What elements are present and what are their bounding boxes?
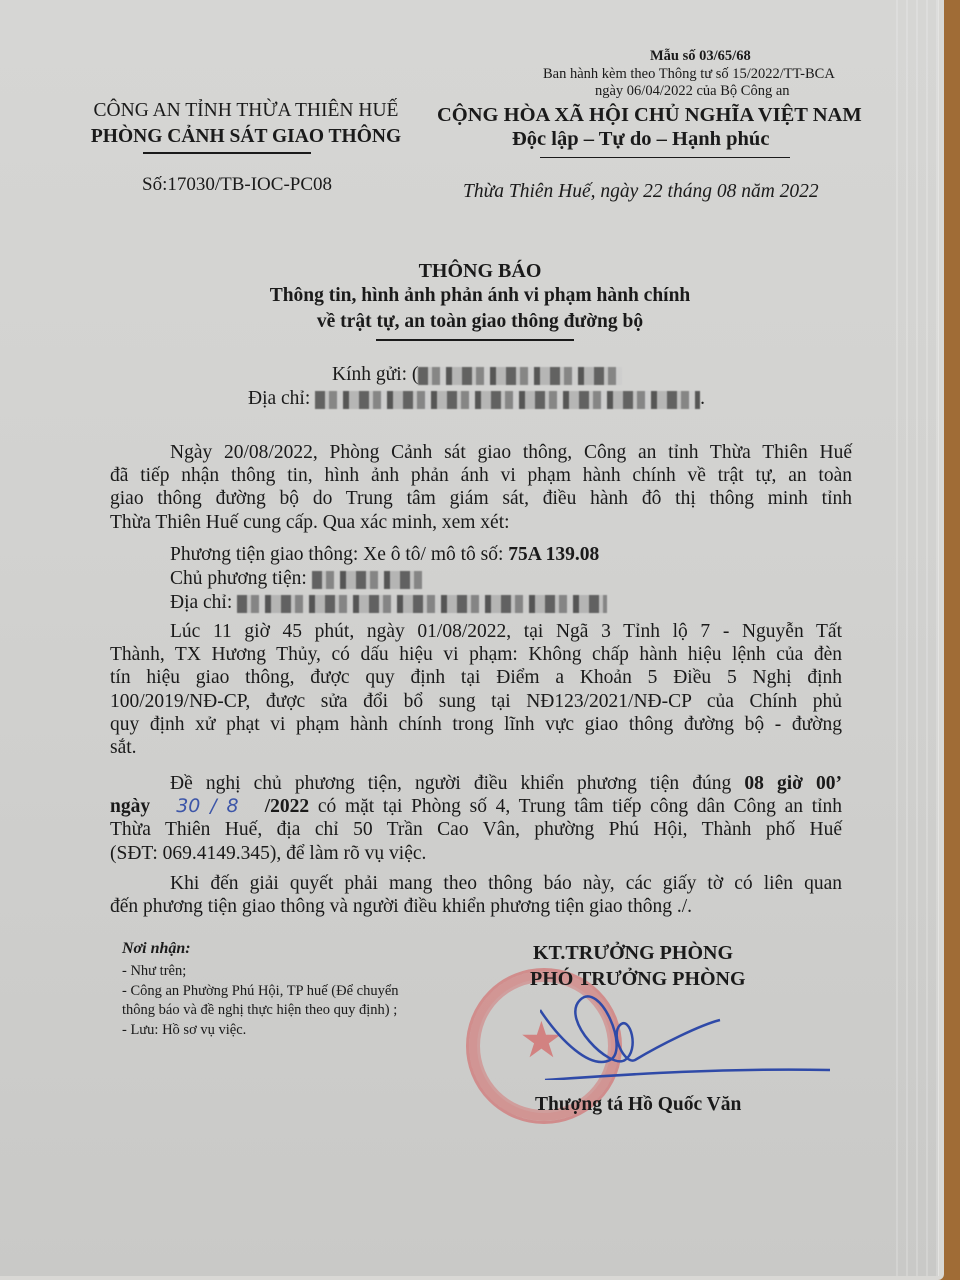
recipient-label: Kính gửi: ( <box>332 364 418 385</box>
department-underline <box>143 152 311 154</box>
day-label: ngày <box>110 796 150 817</box>
paragraph-summons: Đề nghị chủ phương tiện, người điều khiể… <box>110 772 842 865</box>
owner-address-label: Địa chỉ: <box>170 592 237 613</box>
document-subtitle-2: về trật tự, an toàn giao thông đường bộ <box>200 311 760 333</box>
recipient-item: - Lưu: Hồ sơ vụ việc. <box>122 1021 399 1041</box>
para3-line: Đề nghị chủ phương tiện, người điều khiể… <box>110 772 842 795</box>
signer-title-2: PHÓ TRƯỞNG PHÒNG <box>530 968 746 991</box>
appointment-time: 08 giờ 00’ <box>744 773 842 794</box>
para2-line: Thành, TX Hương Thủy, có dấu hiệu vi phạ… <box>110 643 842 666</box>
national-motto: Độc lập – Tự do – Hạnh phúc <box>512 128 769 151</box>
para3-line: Thừa Thiên Huế, địa chỉ 50 Trần Cao Vân,… <box>110 818 842 841</box>
paragraph-received: Ngày 20/08/2022, Phòng Cảnh sát giao thô… <box>110 441 852 534</box>
recipient-item: - Công an Phường Phú Hội, TP huế (Để chu… <box>122 982 399 1002</box>
vehicle-label: Phương tiện giao thông: Xe ô tô/ mô tô s… <box>170 544 508 565</box>
para1-line: Ngày 20/08/2022, Phòng Cảnh sát giao thô… <box>110 441 852 464</box>
place-and-date: Thừa Thiên Huế, ngày 22 tháng 08 năm 202… <box>463 181 819 203</box>
vehicle-line: Phương tiện giao thông: Xe ô tô/ mô tô s… <box>170 543 599 566</box>
owner-label: Chủ phương tiện: <box>170 568 312 589</box>
document-subtitle-1: Thông tin, hình ảnh phản ánh vi phạm hàn… <box>200 285 760 307</box>
department-name: PHÒNG CẢNH SÁT GIAO THÔNG <box>60 126 432 148</box>
document-number: Số:17030/TB-IOC-PC08 <box>142 174 332 196</box>
para2-line: quy định xử phạt vi phạm hành chính tron… <box>110 713 842 736</box>
recipient-item: - Như trên; <box>122 962 399 982</box>
signer-title-1: KT.TRƯỞNG PHÒNG <box>533 942 733 965</box>
redacted-recipient-address <box>315 391 700 409</box>
signer-name: Thượng tá Hồ Quốc Văn <box>535 1094 741 1116</box>
recipient-item: thông báo và đề nghị thực hiện theo quy … <box>122 1001 399 1021</box>
paragraph-instructions: Khi đến giải quyết phải mang theo thông … <box>110 872 842 918</box>
para2-line: tín hiệu giao thông, được quy định tại Đ… <box>110 666 842 689</box>
para2-line: 100/2019/NĐ-CP, được sửa đổi bổ sung tại… <box>110 690 842 713</box>
para1-line: đã tiếp nhận thông tin, hình ảnh phản án… <box>110 464 852 487</box>
agency-name: CÔNG AN TỈNH THỪA THIÊN HUẾ <box>60 100 432 122</box>
signature-scribble <box>540 980 840 1080</box>
document-title: THÔNG BÁO <box>200 260 760 283</box>
motto-underline <box>540 157 790 158</box>
issued-by-line1: Ban hành kèm theo Thông tư số 15/2022/TT… <box>543 66 835 83</box>
para1-line: giao thông đường bộ do Trung tâm giám sá… <box>110 487 852 510</box>
appointment-year: /2022 <box>265 796 309 817</box>
para3-line: (SĐT: 069.4149.345), để làm rõ vụ việc. <box>110 842 842 865</box>
owner-address-line: Địa chỉ: <box>170 591 607 614</box>
para3-line: ngày 30 / 8 /2022 có mặt tại Phòng số 4,… <box>110 795 842 818</box>
recipients-title: Nơi nhận: <box>122 940 191 958</box>
para2-line: Lúc 11 giờ 45 phút, ngày 01/08/2022, tại… <box>110 620 842 643</box>
paragraph-violation: Lúc 11 giờ 45 phút, ngày 01/08/2022, tại… <box>110 620 842 759</box>
recipient-line: Kính gửi: ( <box>332 364 622 386</box>
para3-text: Đề nghị chủ phương tiện, người điều khiể… <box>170 773 744 794</box>
para4-line: Khi đến giải quyết phải mang theo thông … <box>110 872 842 895</box>
recipient-address-line: Địa chỉ: . <box>248 388 705 410</box>
license-plate: 75A 139.08 <box>508 544 599 565</box>
redacted-owner-name <box>312 571 422 589</box>
para4-line: đến phương tiện giao thông và người điều… <box>110 895 842 918</box>
redacted-owner-address <box>237 595 607 613</box>
recipients-list: - Như trên; - Công an Phường Phú Hội, TP… <box>122 962 399 1040</box>
handwritten-date: 30 / 8 <box>176 795 238 817</box>
redacted-recipient <box>418 367 622 385</box>
para1-line: Thừa Thiên Huế cung cấp. Qua xác minh, x… <box>110 511 852 534</box>
issued-by-line2: ngày 06/04/2022 của Bộ Công an <box>595 83 790 100</box>
document-page: CÔNG AN TỈNH THỪA THIÊN HUẾ PHÒNG CẢNH S… <box>0 0 939 1276</box>
form-number: Mẫu số 03/65/68 <box>650 48 751 65</box>
para3-text: có mặt tại Phòng số 4, Trung tâm tiếp cô… <box>309 796 842 817</box>
para2-line: sắt. <box>110 736 842 759</box>
subtitle-underline <box>376 339 574 341</box>
owner-line: Chủ phương tiện: <box>170 567 422 590</box>
recipient-address-label: Địa chỉ: <box>248 388 310 409</box>
nation-name: CỘNG HÒA XÃ HỘI CHỦ NGHĨA VIỆT NAM <box>437 104 862 127</box>
